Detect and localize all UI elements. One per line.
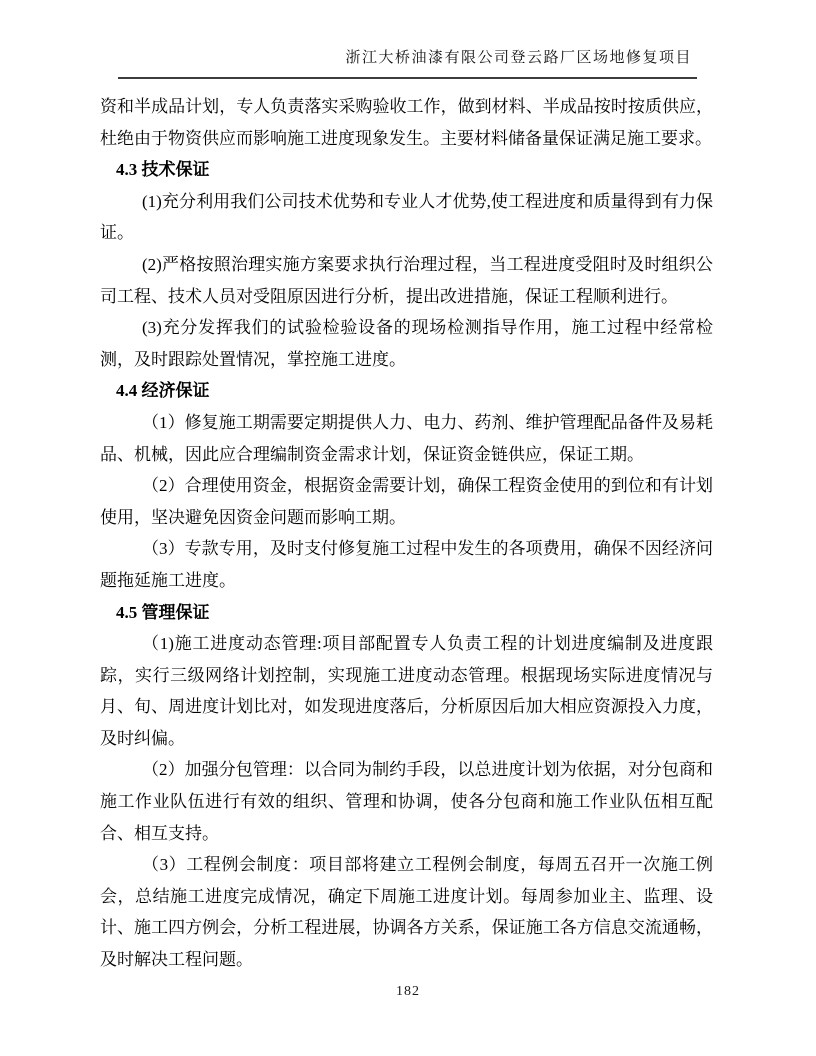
body-paragraph: （3）工程例会制度：项目部将建立工程例会制度，每周五召开一次施工例会，总结施工进… [100,849,713,975]
body-paragraph: （1）修复施工期需要定期提供人力、电力、药剂、维护管理配品备件及易耗品、机械，因… [100,407,713,470]
body-paragraph: （2）加强分包管理：以合同为制约手段，以总进度计划为依据，对分包商和施工作业队伍… [100,754,713,849]
body-paragraph: （1)施工进度动态管理:项目部配置专人负责工程的计划进度编制及进度跟踪，实行三级… [100,628,713,754]
body-paragraph: (1)充分利用我们公司技术优势和专业人才优势,使工程进度和质量得到有力保证。 [100,186,713,249]
page-footer: 182 [0,982,816,1000]
section-heading: 4.3 技术保证 [100,154,713,186]
header-rule [118,77,697,79]
header-title: 浙江大桥油漆有限公司登云路厂区场地修复项目 [0,46,692,67]
section-heading: 4.4 经济保证 [100,375,713,407]
body-paragraph: （3）专款专用，及时支付修复施工过程中发生的各项费用，确保不因经济问题拖延施工进… [100,533,713,596]
body-paragraph: （2）合理使用资金，根据资金需要计划，确保工程资金使用的到位和有计划使用，坚决避… [100,470,713,533]
document-body: 资和半成品计划，专人负责落实采购验收工作，做到材料、半成品按时按质供应，杜绝由于… [100,91,713,976]
section-heading: 4.5 管理保证 [100,597,713,629]
page-number: 182 [396,984,420,999]
body-paragraph: (2)严格按照治理实施方案要求执行治理过程，当工程进度受阻时及时组织公司工程、技… [100,249,713,312]
body-paragraph: 资和半成品计划，专人负责落实采购验收工作，做到材料、半成品按时按质供应，杜绝由于… [100,91,713,154]
body-paragraph: (3)充分发挥我们的试验检验设备的现场检测指导作用，施工过程中经常检测，及时跟踪… [100,312,713,375]
document-page: 浙江大桥油漆有限公司登云路厂区场地修复项目 资和半成品计划，专人负责落实采购验收… [0,0,816,1056]
